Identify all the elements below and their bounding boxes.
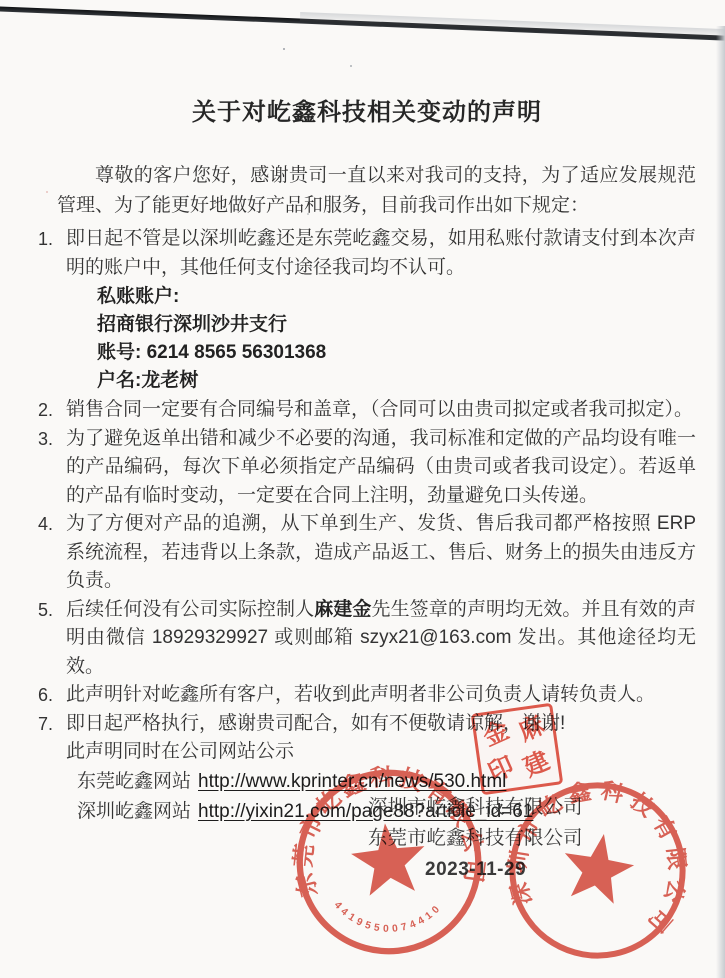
site-label: 东莞屹鑫网站 bbox=[77, 771, 191, 792]
list-item-3: 3. 为了避免返单出错和减少不必要的沟通，我司标准和定做的产品均设有唯一的产品编… bbox=[38, 425, 696, 511]
svg-text:4419550074410: 4419550074410 bbox=[331, 889, 447, 941]
intro-paragraph: 尊敬的客户您好，感谢贵司一直以来对我司的支持，为了适应发展规范管理、为了能更好地… bbox=[57, 161, 696, 221]
seal-char: 麻 bbox=[516, 712, 549, 745]
shenzhen-company-seal: 深圳市屹鑫科技有限公司 bbox=[490, 763, 704, 977]
list-item-6: 6. 此声明针对屹鑫所有客户，若收到此声明者非公司负责人请转负责人。 bbox=[38, 681, 696, 710]
list-item-7: 7. 即日起严格执行，感谢贵司配合，如有不便敬请谅解，谢谢! bbox=[38, 710, 696, 739]
site-label: 深圳屹鑫网站 bbox=[77, 801, 191, 822]
item-number: 5. bbox=[38, 596, 66, 682]
page-title: 关于对屹鑫科技相关变动的声明 bbox=[38, 92, 696, 127]
dongguan-company-seal: 东莞市屹鑫科技有限公司 4419550074410 bbox=[282, 755, 495, 968]
item-text: 为了避免返单出错和减少不必要的沟通，我司标准和定做的产品均设有唯一的产品编码，每… bbox=[66, 425, 696, 511]
account-bank: 招商银行深圳沙井支行 bbox=[97, 311, 696, 339]
item-number-empty bbox=[38, 738, 66, 767]
scanner-edge-right bbox=[716, 26, 725, 978]
private-account-block: 私账账户: 招商银行深圳沙井支行 账号: 6214 8565 56301368 … bbox=[97, 283, 696, 395]
list-item-1: 1. 即日起不管是以深圳屹鑫还是东莞屹鑫交易，如用私账付款请支付到本次声明的账户… bbox=[38, 225, 696, 282]
list-item-2: 2. 销售合同一定要有合同编号和盖章，（合同可以由贵司拟定或者我司拟定）。 bbox=[38, 396, 696, 425]
seal-star-icon bbox=[348, 820, 429, 898]
seal-registration-code: 4419550074410 bbox=[331, 889, 447, 941]
item-text: 后续任何没有公司实际控制人麻建金先生签章的声明均无效。并且有效的声明由微信 18… bbox=[66, 596, 696, 682]
seal-star-icon bbox=[558, 828, 639, 906]
controller-name: 麻建金 bbox=[314, 599, 371, 620]
item-number: 3. bbox=[38, 425, 66, 511]
publish-notice-line: 此声明同时在公司网站公示 bbox=[38, 738, 696, 767]
item-text: 销售合同一定要有合同编号和盖章，（合同可以由贵司拟定或者我司拟定）。 bbox=[66, 396, 696, 425]
item-text: 为了方便对产品的追溯，从下单到生产、发货、售后我司都严格按照 ERP 系统流程，… bbox=[66, 510, 696, 596]
item-number: 4. bbox=[38, 510, 66, 596]
scan-specks bbox=[283, 48, 285, 50]
item-number: 7. bbox=[38, 710, 66, 739]
notice-text: 此声明同时在公司网站公示 bbox=[66, 738, 696, 767]
list-item-5: 5. 后续任何没有公司实际控制人麻建金先生签章的声明均无效。并且有效的声明由微信… bbox=[38, 596, 696, 682]
list-item-4: 4. 为了方便对产品的追溯，从下单到生产、发货、售后我司都严格按照 ERP 系统… bbox=[38, 510, 696, 596]
item-text: 此声明针对屹鑫所有客户，若收到此声明者非公司负责人请转负责人。 bbox=[66, 681, 696, 710]
document-body: 关于对屹鑫科技相关变动的声明 尊敬的客户您好，感谢贵司一直以来对我司的支持，为了… bbox=[38, 92, 696, 828]
seal-char: 金 bbox=[480, 717, 513, 750]
item-text: 即日起不管是以深圳屹鑫还是东莞屹鑫交易，如用私账付款请支付到本次声明的账户中，其… bbox=[66, 225, 696, 282]
account-number: 账号: 6214 8565 56301368 bbox=[97, 339, 696, 367]
item-number: 1. bbox=[38, 225, 66, 282]
account-holder: 户名:龙老树 bbox=[97, 367, 696, 395]
item-number: 6. bbox=[38, 681, 66, 710]
item-text: 即日起严格执行，感谢贵司配合，如有不便敬请谅解，谢谢! bbox=[66, 710, 696, 739]
account-title: 私账账户: bbox=[97, 283, 696, 311]
item-text-pre: 后续任何没有公司实际控制人 bbox=[66, 599, 314, 620]
seal-char: 印 bbox=[485, 753, 518, 786]
item-number: 2. bbox=[38, 396, 66, 425]
scanned-document-page: 关于对屹鑫科技相关变动的声明 尊敬的客户您好，感谢贵司一直以来对我司的支持，为了… bbox=[0, 0, 725, 978]
